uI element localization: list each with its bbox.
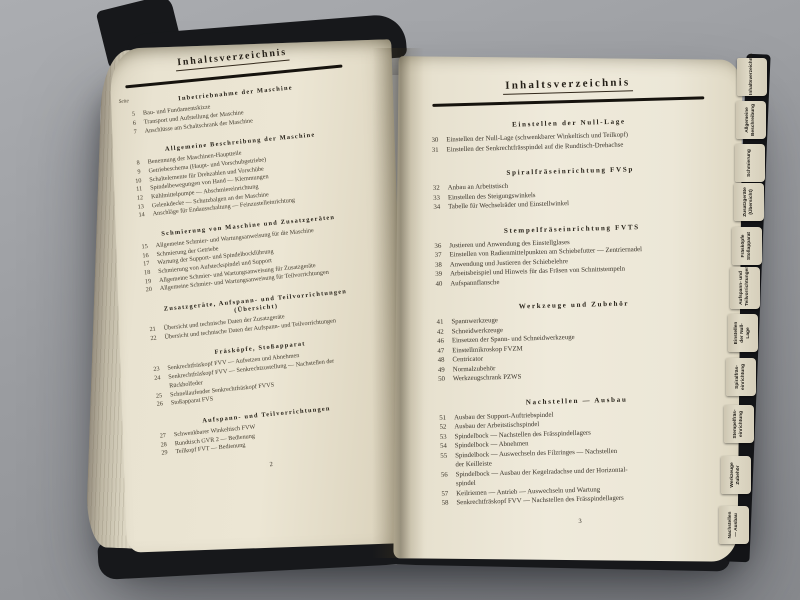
toc-item-line1: Centricator	[452, 356, 483, 364]
toc-item-line1: Werkzeugschrank PZWS	[453, 374, 522, 383]
toc-item-line1: Anbau an Arbeitstisch	[448, 183, 509, 192]
toc-item-page-ref: 37	[426, 251, 441, 261]
toc-section: Schmierung von Maschine und Zusatzgeräte…	[131, 211, 370, 296]
toc-item-page-ref: 42	[429, 327, 444, 337]
toc-item-page-ref: 26	[148, 400, 164, 410]
header-rule	[433, 96, 705, 107]
toc-item-page-ref: 52	[431, 423, 446, 433]
toc-section-items: 30 Einstellen der Null-Lage (schwenkbare…	[423, 128, 715, 155]
toc-item-page-ref: 53	[432, 432, 447, 442]
toc-item-line1: Aufspannflansche	[450, 279, 499, 287]
toc-sections: Inbetriebnahme der Maschine 5 Bau- und F…	[119, 79, 386, 459]
toc-item-page-ref: 32	[425, 184, 440, 194]
book-photo: Inhaltsverzeichnis Seite Inbetriebnahme …	[0, 0, 800, 600]
toc-item-page-ref: 56	[433, 470, 449, 489]
toc-item-page-ref: 31	[423, 145, 438, 155]
toc-section-items: 32 Anbau an Arbeitstisch 33 Einstellen d…	[425, 176, 718, 213]
page-title: Inhaltsverzeichnis	[175, 47, 290, 72]
toc-item-page-ref: 48	[429, 356, 444, 366]
page-number: 3	[434, 514, 726, 529]
toc-item-page-ref: 40	[427, 279, 442, 289]
toc-section: Werkzeuge und Zubehör 41 Spannwerkzeuge …	[428, 297, 722, 385]
toc-item-page-ref: 41	[428, 318, 443, 328]
toc-item-page-ref: 29	[152, 449, 168, 459]
toc-section: Spiralfräseinrichtung FVSp 32 Anbau an A…	[424, 163, 717, 213]
toc-section: Aufspann- und Teilvorrichtungen 27 Schwe…	[150, 400, 386, 459]
left-page-content: Inhaltsverzeichnis Seite Inbetriebnahme …	[114, 30, 392, 520]
toc-section: Nachstellen — Ausbau 51 Ausbau der Suppo…	[431, 393, 726, 509]
toc-item-page-ref: 20	[137, 286, 153, 296]
toc-section-items: 51 Ausbau der Support-Auftriebspindel 52…	[431, 406, 726, 509]
toc-item-page-ref: 50	[430, 375, 445, 385]
toc-item-line1: Normalzubehör	[453, 365, 496, 373]
toc-item-page-ref: 30	[423, 136, 438, 146]
toc-item-page-ref: 38	[427, 260, 442, 270]
toc-section-items: 36 Justieren und Anwendung des Einstellg…	[426, 234, 719, 290]
toc-item-page-ref: 54	[432, 442, 447, 452]
toc-item-page-ref: 58	[433, 499, 448, 509]
toc-item-line1: Einstellmikroskop FVZM	[452, 345, 523, 354]
toc-item-page-ref: 14	[129, 212, 145, 222]
toc-section: Inbetriebnahme der Maschine 5 Bau- und F…	[119, 79, 355, 138]
toc-item-page-ref: 24	[145, 375, 162, 394]
toc-section: Zusatzgeräte, Aufspann- und Teilvorricht…	[139, 286, 375, 345]
toc-item-line1: Spindelbock — Abnehmen	[455, 441, 529, 450]
toc-item-page-ref: 36	[426, 241, 441, 251]
toc-item-page-ref: 22	[141, 334, 157, 344]
toc-item-page-ref: 7	[121, 128, 137, 138]
toc-item-page-ref: 49	[430, 365, 445, 375]
toc-section-items: 41 Spannwerkzeuge 42 Schneidwerkzeuge 46	[428, 310, 722, 385]
toc-section: Fräsköpfe, Stoßapparat 23 Senkrechtfräsk…	[143, 334, 381, 411]
toc-sections: Einstellen der Null-Lage 30 Einstellen d…	[423, 115, 726, 509]
toc-item-page-ref: 33	[425, 193, 440, 203]
page-header: Inhaltsverzeichnis	[422, 70, 714, 97]
toc-section: Einstellen der Null-Lage 30 Einstellen d…	[423, 115, 716, 155]
toc-item-page-ref: 55	[432, 451, 448, 470]
toc-item-line1: Spannwerkzeuge	[451, 317, 498, 325]
right-page-content: Inhaltsverzeichnis Einstellen der Null-L…	[421, 64, 726, 546]
toc-section: Allgemeine Beschreibung der Maschine 8 B…	[123, 128, 363, 222]
page-title: Inhaltsverzeichnis	[503, 76, 633, 95]
toc-item-line1: Tabelle für Wechselräder und Einstellwin…	[448, 200, 569, 210]
seite-column-label: Seite	[119, 98, 130, 105]
toc-item-page-ref: 47	[429, 346, 444, 356]
toc-section: Stempelfräseinrichtung FVTS 36 Justieren…	[426, 221, 720, 290]
toc-item-page-ref: 39	[427, 270, 442, 280]
toc-item-page-ref: 57	[433, 489, 448, 499]
toc-item-line1: Schneidwerkzeuge	[452, 327, 504, 335]
toc-item-page-ref: 34	[425, 203, 440, 213]
toc-item-page-ref: 46	[429, 337, 444, 347]
toc-item-page-ref: 51	[431, 413, 446, 423]
